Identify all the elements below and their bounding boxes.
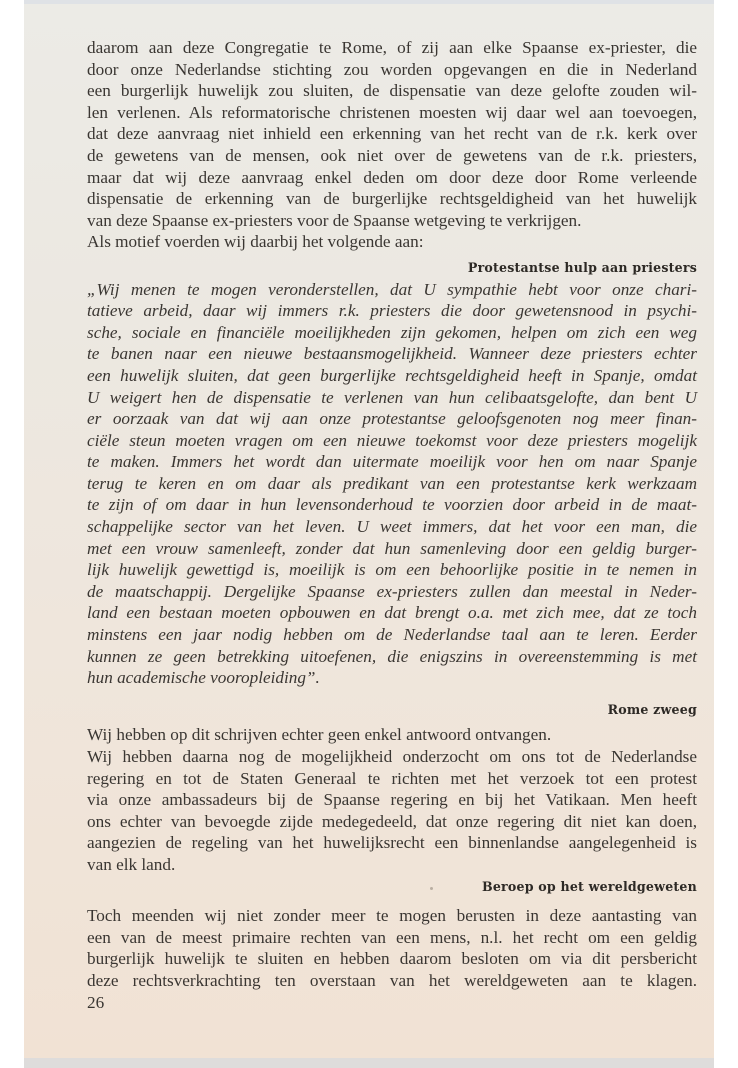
text-line: minstens een jaar nodig hebben om de Ned… [87,624,697,646]
text-line: dat deze aanvraag niet inhield een erken… [87,123,697,145]
text-line: „Wij menen te mogen veronderstellen, dat… [87,279,697,301]
paragraph-5: Toch meenden wij niet zonder meer te mog… [87,905,697,991]
page-number: 26 [87,992,697,1014]
text-line: deze rechtsverkrachting ten overstaan va… [87,970,697,992]
quoted-letter: „Wij menen te mogen veronderstellen, dat… [87,279,697,689]
text-line: er oorzaak van dat wij aan onze protesta… [87,408,697,430]
text-line: lijk huwelijk gewettigd is, moeilijk is … [87,559,697,581]
text-line: te banen naar een nieuwe bestaansmogelij… [87,343,697,365]
text-line: te maken. Immers het wordt dan uitermate… [87,451,697,473]
page-text-column: daarom aan deze Congregatie te Rome, of … [87,37,697,1013]
text-line: ciële steun moeten vragen om een nieuwe … [87,430,697,452]
paragraph-1: daarom aan deze Congregatie te Rome, of … [87,37,697,231]
text-line: land een bestaan moeten opbouwen en dat … [87,602,697,624]
text-line: via onze ambassadeurs bij de Spaanse reg… [87,789,697,811]
section-heading-beroep: Beroep op het wereldgeweten [87,876,697,898]
text-line: van elk land. [87,854,697,876]
text-line: daarom aan deze Congregatie te Rome, of … [87,37,697,59]
text-line: dispensatie de erkenning van de burgerli… [87,188,697,210]
paragraph-4: Wij hebben daarna nog de mogelijkheid on… [87,746,697,876]
text-line: regering en tot de Staten Generaal te ri… [87,768,697,790]
text-line: tatieve arbeid, daar wij immers r.k. pri… [87,300,697,322]
text-line: schappelijke sector van het leven. U wee… [87,516,697,538]
text-line: aangezien de regeling van het huwelijksr… [87,832,697,854]
text-line: van deze Spaanse ex-priesters voor de Sp… [87,210,697,232]
text-line: Toch meenden wij niet zonder meer te mog… [87,905,697,927]
text-line: ons echter van bevoegde zijde medegedeel… [87,811,697,833]
text-line: burgerlijk huwelijk te sluiten en hebben… [87,948,697,970]
text-line: te zijn of om daar in hun levensonderhou… [87,494,697,516]
text-line: een huwelijk sluiten, dat geen burgerlij… [87,365,697,387]
text-line: de maatschappij. Dergelijke Spaanse ex-p… [87,581,697,603]
text-line: len verlenen. Als reformatorische christ… [87,102,697,124]
paragraph-2: Als motief voerden wij daarbij het volge… [87,231,697,253]
text-line: U weigert hen de dispensatie te verlenen… [87,387,697,409]
text-line: kunnen ze geen betrekking uitoefenen, di… [87,646,697,668]
paragraph-3: Wij hebben op dit schrijven echter geen … [87,724,697,746]
text-line: maar dat wij deze aanvraag enkel deden o… [87,167,697,189]
text-line: een burgerlijk huwelijk zou sluiten, de … [87,80,697,102]
text-line: de gewetens van de mensen, ook niet over… [87,145,697,167]
text-line: sche, sociale en financiële moeilijkhede… [87,322,697,344]
text-line: hun academische vooropleiding”. [87,667,697,689]
text-line: Wij hebben daarna nog de mogelijkheid on… [87,746,697,768]
text-line: met een vrouw samenleeft, zonder dat hun… [87,538,697,560]
section-heading-protestantse-hulp: Protestantse hulp aan priesters [87,257,697,279]
text-line: door onze Nederlandse stichting zou word… [87,59,697,81]
section-heading-rome-zweeg: Rome zweeg [87,699,697,721]
text-line: een van de meest primaire rechten van ee… [87,927,697,949]
text-line: terug te keren en om daar als predikant … [87,473,697,495]
